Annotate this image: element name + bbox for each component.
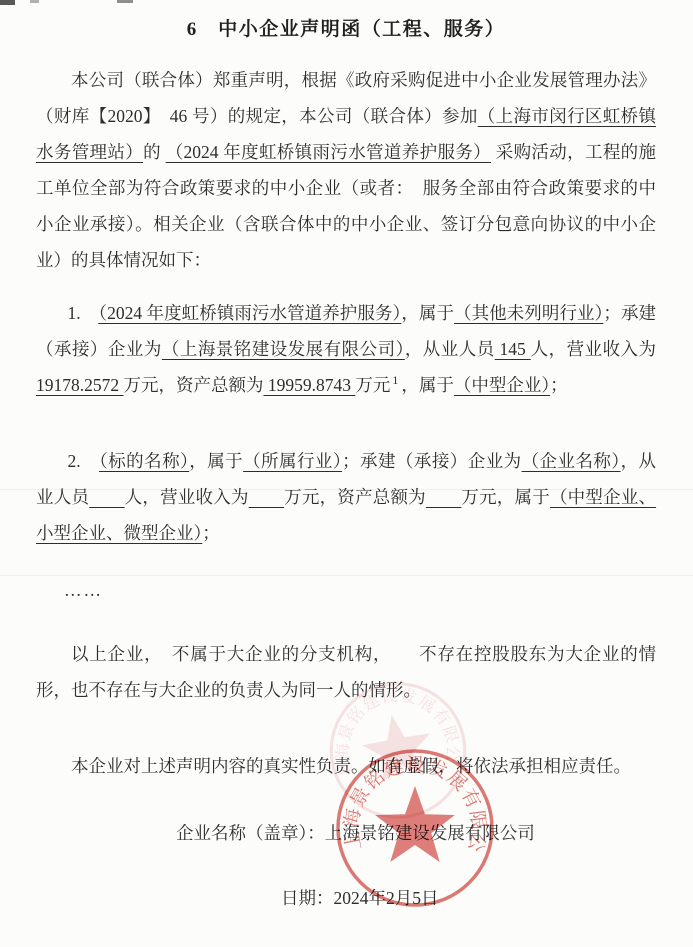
- text-segment: ，属于: [189, 451, 243, 471]
- assets-blank: 19959.8743: [264, 375, 356, 395]
- text-segment: 万元: [355, 375, 390, 395]
- date-label: 日期：: [281, 888, 334, 908]
- enterprise-item-1: 1. （2024 年度虹桥镇雨污水管道养护服务），属于（其他未列明行业）；承建（…: [36, 295, 656, 403]
- text-segment: 万元，资产总额为: [124, 375, 264, 395]
- text-segment: ；: [202, 523, 220, 543]
- item-number: 1.: [68, 303, 99, 323]
- scan-artifact: [117, 0, 133, 3]
- text-segment: ，从业人员: [405, 339, 495, 359]
- item-number: 2.: [68, 451, 100, 471]
- signature-company-name: 上海景铭建设发展有限公司: [325, 823, 535, 843]
- text-segment: 万元，资产总额为: [284, 487, 426, 507]
- document-title: 6 中小企业声明函（工程、服务）: [36, 15, 656, 45]
- scan-streak: [0, 489, 693, 490]
- footnote-marker: 1: [392, 373, 398, 387]
- document-page: 6 中小企业声明函（工程、服务） 本公司（联合体）郑重声明，根据《政府采购促进中…: [0, 0, 693, 947]
- industry-blank: （其他未列明行业）: [454, 303, 603, 323]
- enterprise-name-blank: （上海景铭建设发展有限公司）: [162, 339, 405, 359]
- enterprise-type-blank: （中型企业）: [454, 375, 550, 395]
- revenue-blank: [249, 487, 284, 507]
- contract-name-blank: （2024 年度虹桥镇雨污水管道养护服务）: [98, 303, 401, 323]
- signature-line: 企业名称（盖章）：上海景铭建设发展有限公司: [36, 815, 656, 851]
- text-segment: ，属于: [401, 375, 454, 395]
- responsibility-statement: 本企业对上述声明内容的真实性负责。如有虚假，将依法承担相应责任。: [36, 748, 656, 784]
- scan-artifact: [30, 0, 39, 3]
- closing-statement: 以上企业， 不属于大企业的分支机构， 不存在控股股东为大企业的情形，也不存在与大…: [36, 636, 656, 708]
- text-segment: 人，营业收入为: [125, 487, 249, 507]
- project-name-blank: （2024 年度虹桥镇雨污水管道养护服务）: [166, 142, 491, 162]
- revenue-blank: 19178.2572: [36, 375, 124, 395]
- ellipsis-line: ……: [36, 572, 656, 608]
- text-segment: 人，营业收入为: [531, 339, 656, 359]
- industry-blank: （所属行业）: [243, 451, 342, 471]
- document-content: 6 中小企业声明函（工程、服务） 本公司（联合体）郑重声明，根据《政府采购促进中…: [0, 15, 693, 916]
- enterprise-item-2: 2. （标的名称），属于（所属行业）；承建（承接）企业为（企业名称），从业人员 …: [36, 443, 656, 551]
- employee-count-blank: [89, 487, 124, 507]
- text-segment: ，属于: [401, 303, 454, 323]
- subject-name-blank: （标的名称）: [99, 451, 189, 471]
- text-segment: ；承建（承接）企业为: [342, 451, 522, 471]
- date-value: 2024年2月5日: [334, 888, 439, 908]
- employee-count-blank: 145: [495, 339, 531, 359]
- scan-streak: [0, 575, 693, 576]
- enterprise-name-blank: （企业名称）: [522, 451, 621, 471]
- text-segment: 万元，属于: [461, 487, 550, 507]
- text-segment: 的: [143, 142, 166, 162]
- assets-blank: [426, 487, 461, 507]
- intro-paragraph: 本公司（联合体）郑重声明，根据《政府采购促进中小企业发展管理办法》（财库【202…: [36, 62, 656, 278]
- signature-label: 企业名称（盖章）：: [176, 823, 325, 843]
- text-segment: ；: [550, 375, 568, 395]
- scan-artifact: [0, 0, 15, 5]
- date-line: 日期：2024年2月5日: [36, 880, 656, 916]
